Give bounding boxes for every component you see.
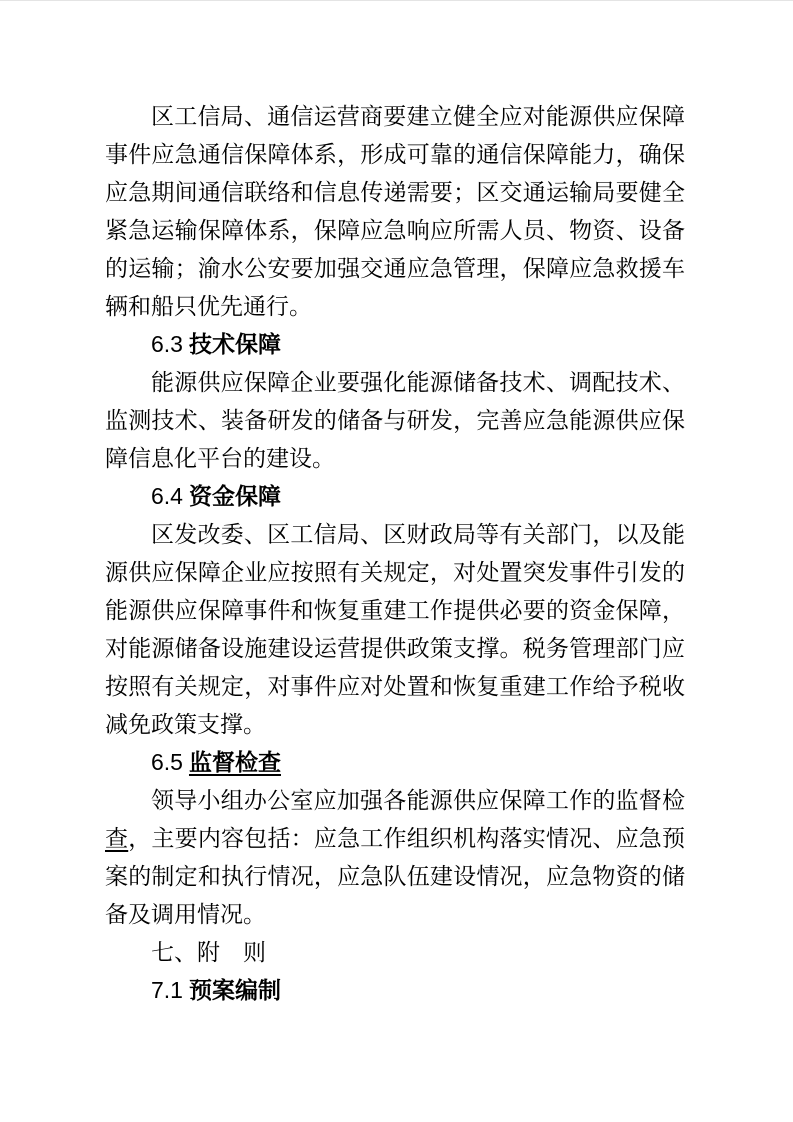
heading-7: 七、附 则: [105, 933, 685, 971]
paragraph-supervision-rest: ，主要内容包括：应急工作组织机构落实情况、应急预案的制定和执行情况，应急队伍建设…: [105, 825, 685, 927]
paragraph-supervision: 领导小组办公室应加强各能源供应保障工作的监督检查，主要内容包括：应急工作组织机构…: [105, 781, 685, 933]
document-body: 区工信局、通信运营商要建立健全应对能源供应保障事件应急通信保障体系，形成可靠的通…: [105, 97, 685, 1009]
heading-7-1-number: 7.1: [151, 977, 183, 1003]
heading-6-5: 6.5监督检查: [105, 743, 685, 781]
paragraph-tech-support: 能源供应保障企业要强化能源储备技术、调配技术、监测技术、装备研发的储备与研发，完…: [105, 363, 685, 477]
paragraph-fund-support: 区发改委、区工信局、区财政局等有关部门，以及能源供应保障企业应按照有关规定，对处…: [105, 515, 685, 743]
paragraph-supervision-lead: 领导小组办公室应加强各能源供应保障工作的监督检: [151, 787, 685, 813]
heading-6-3: 6.3技术保障: [105, 325, 685, 363]
heading-6-4-title: 资金保障: [189, 483, 281, 509]
heading-6-4: 6.4资金保障: [105, 477, 685, 515]
heading-7-1: 7.1预案编制: [105, 971, 685, 1009]
heading-6-3-title: 技术保障: [189, 331, 281, 357]
heading-6-3-number: 6.3: [151, 331, 183, 357]
underlined-char: 查: [105, 825, 128, 851]
heading-7-1-title: 预案编制: [189, 977, 281, 1003]
heading-6-5-number: 6.5: [151, 749, 183, 775]
heading-6-5-title: 监督检查: [189, 749, 281, 775]
paragraph-comm-transport: 区工信局、通信运营商要建立健全应对能源供应保障事件应急通信保障体系，形成可靠的通…: [105, 97, 685, 325]
document-page: 区工信局、通信运营商要建立健全应对能源供应保障事件应急通信保障体系，形成可靠的通…: [0, 0, 793, 1122]
heading-7-text: 七、附 则: [151, 939, 266, 965]
heading-6-4-number: 6.4: [151, 483, 183, 509]
